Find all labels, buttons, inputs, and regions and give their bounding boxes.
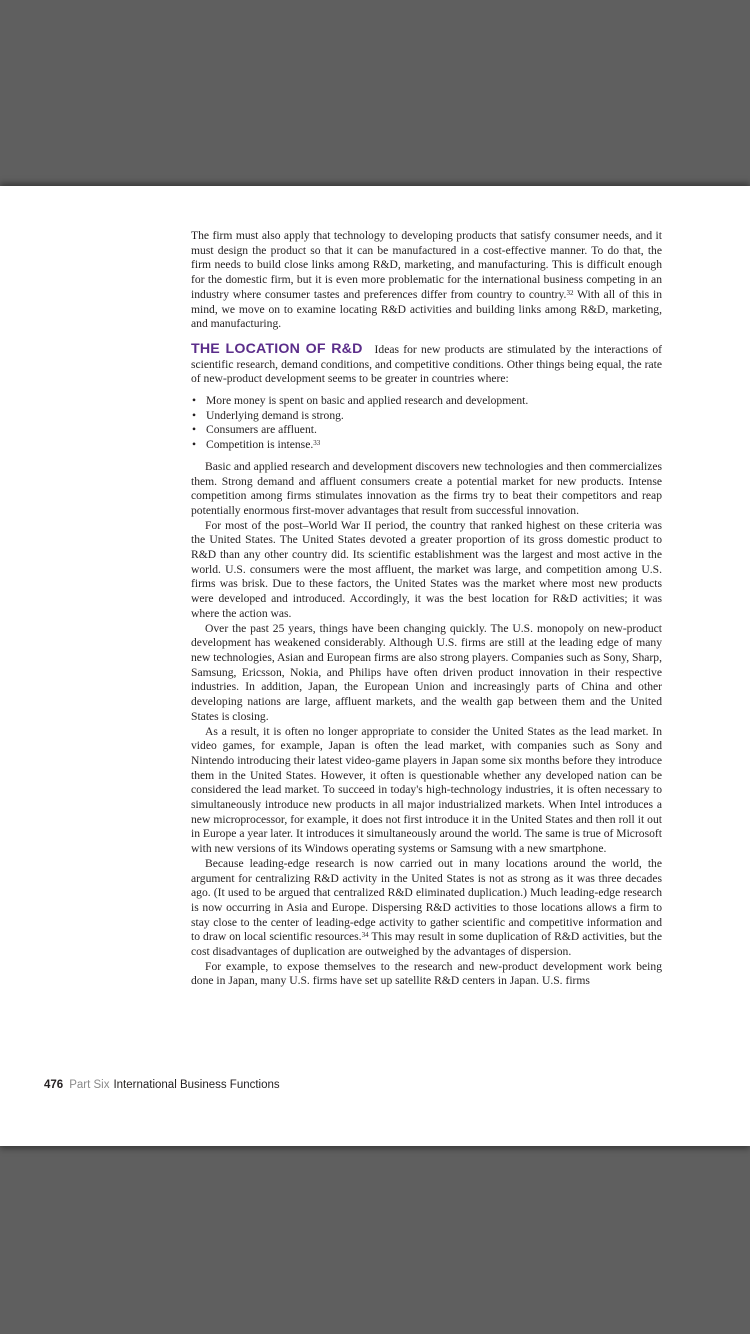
page-body: The firm must also apply that technology… [191,229,662,989]
paragraph: For most of the post–World War II period… [191,519,662,622]
footnote-ref[interactable]: 33 [313,439,320,447]
section-location-of-rd: THE LOCATION OF R&DIdeas for new product… [191,342,662,989]
footnote-ref[interactable]: 34 [362,931,369,939]
dispersion-paragraph: Because leading-edge research is now car… [191,857,662,960]
criteria-list: •More money is spent on basic and applie… [191,394,662,453]
paragraph: Basic and applied research and developme… [191,460,662,519]
list-item: •More money is spent on basic and applie… [191,394,662,409]
chapter-running-title: International Business Functions [113,1079,279,1091]
opening-paragraph: The firm must also apply that technology… [191,229,662,332]
list-item: •Consumers are affluent. [191,423,662,438]
book-page: The firm must also apply that technology… [0,186,750,1146]
page-number: 476 [44,1079,63,1091]
bullet-icon: • [192,394,196,409]
document-viewer[interactable]: The firm must also apply that technology… [0,0,750,1334]
footnote-ref[interactable]: 32 [566,289,573,297]
paragraph: As a result, it is often no longer appro… [191,725,662,857]
bullet-icon: • [192,438,196,453]
part-label: Part Six [69,1079,109,1091]
paragraph: Over the past 25 years, things have been… [191,622,662,725]
bullet-icon: • [192,409,196,424]
final-paragraph: For example, to expose themselves to the… [191,960,662,989]
page-footer: 476Part SixInternational Business Functi… [44,1079,280,1091]
bullet-icon: • [192,423,196,438]
list-item: •Underlying demand is strong. [191,409,662,424]
section-heading: THE LOCATION OF R&D [191,341,363,357]
list-item: •Competition is intense.33 [191,438,662,453]
section-intro-paragraph: THE LOCATION OF R&DIdeas for new product… [191,342,662,387]
